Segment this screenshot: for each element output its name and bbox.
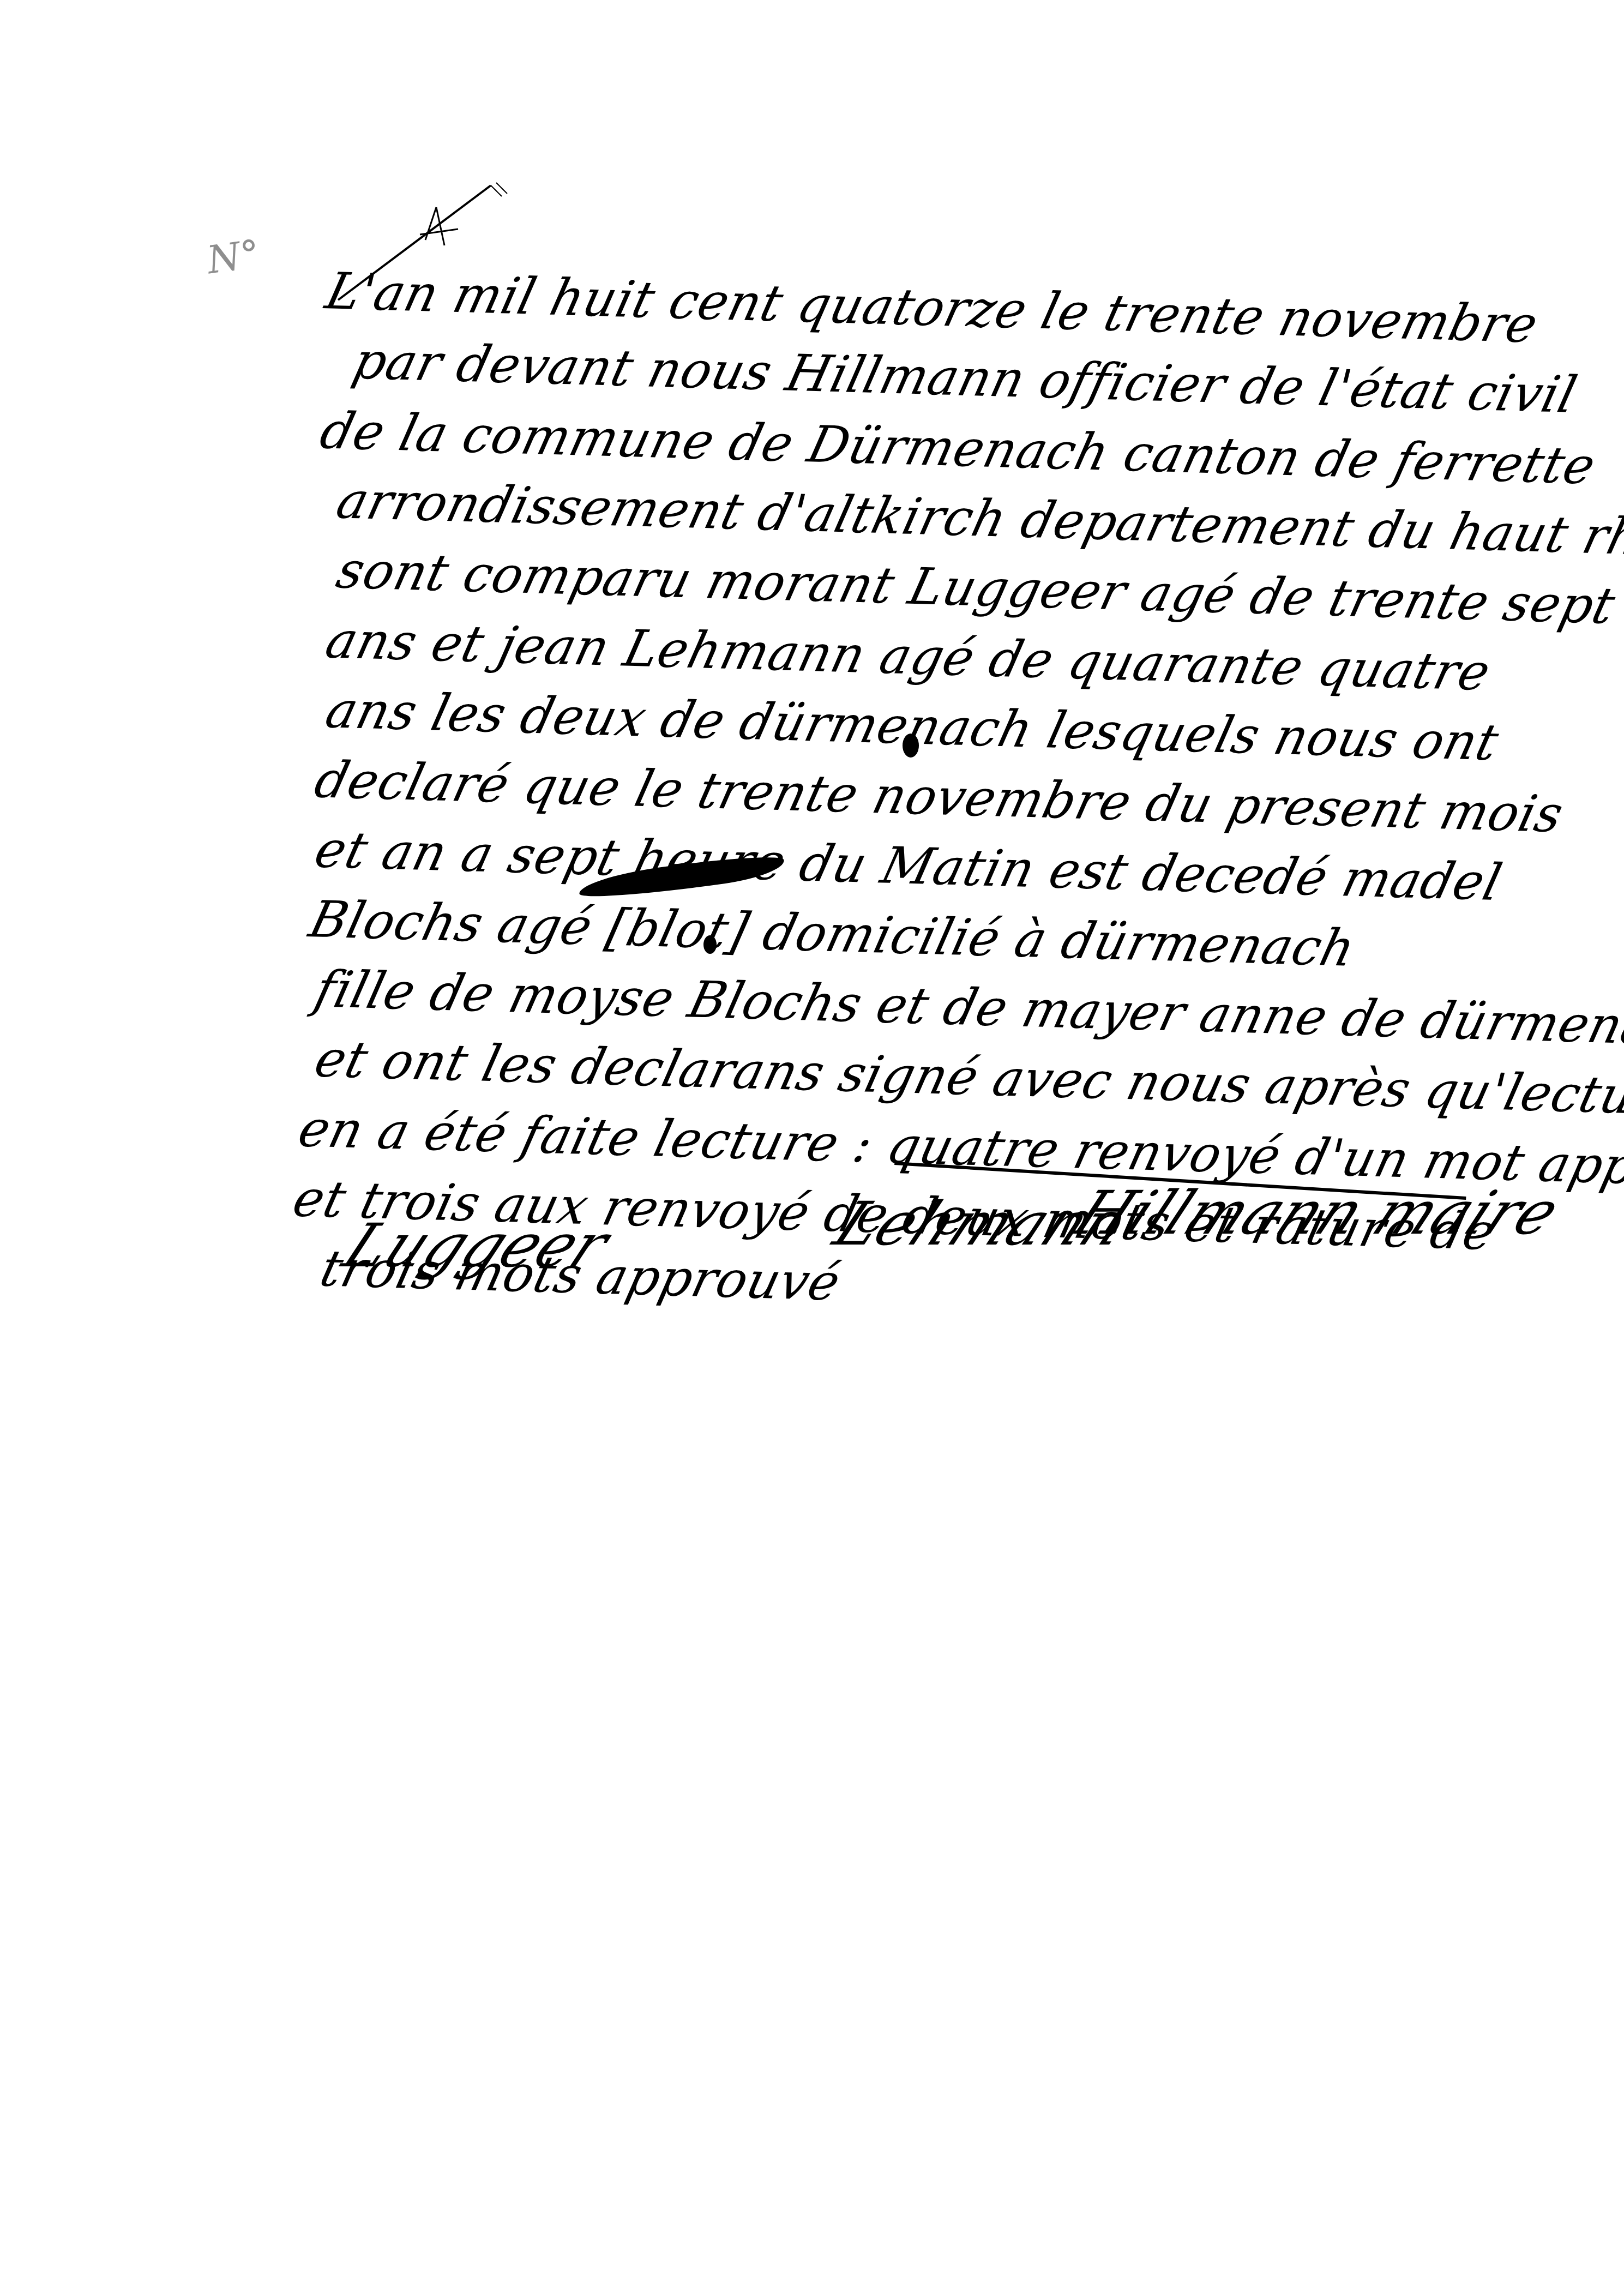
record-body: L'an mil huit cent quatorze le trente no…	[305, 256, 1532, 1303]
signature-officer: Hillmann maire	[1063, 1178, 1571, 1248]
signature-block: Luggeer Lehmann Hillmann maire	[0, 1189, 1624, 1353]
document-page: N° L'an mil huit cent quatorze le trente…	[0, 0, 1624, 2296]
signature-declarant-1: Luggeer	[333, 1211, 620, 1281]
ink-blot-strikeout	[578, 859, 807, 892]
margin-mark: N°	[204, 231, 263, 283]
ink-dot	[703, 935, 717, 954]
ink-dot	[903, 734, 919, 758]
